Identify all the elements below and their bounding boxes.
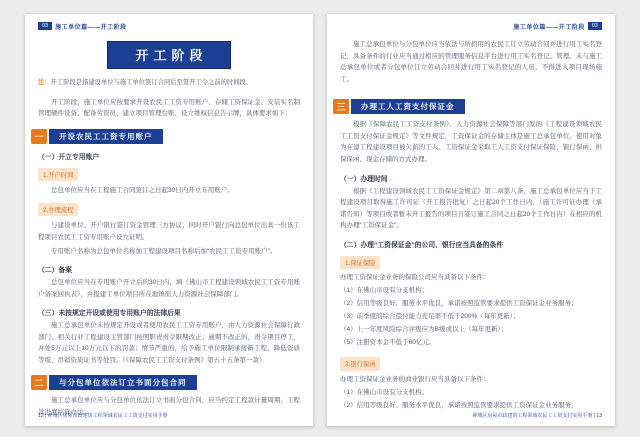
sub-heading-open-account: （一）开立专用账户 — [38, 151, 300, 161]
sub-heading-filing: （二）备案 — [38, 264, 300, 274]
right-page-footer: 禅城区房屋市政建筑工程领域农民工工资支付实用手册 | 13 — [340, 412, 602, 419]
section-3-number-badge: 三 — [333, 99, 349, 114]
left-intro-paragraph: 开工阶段，施工单位应按要求开设农民工工资专用账户、存储工资保证金、安装实名制管理… — [38, 97, 300, 120]
page-left: 03 施工单位篇——开工阶段 开工阶段 注：开工阶段是指建设单位与施工单位签订合… — [25, 14, 313, 426]
right-intro-paragraph: 施工总承包单位与分包单位应当依法与所招用的农民工订立劳动合同并进行用工实名登记，… — [340, 39, 602, 85]
section-2-bar: 二 与分包单位依法订立书面分包合同 — [31, 375, 300, 390]
insurance-condition-4: （4）上一年度风险综合评级应为B级或以上（每年更新）； — [340, 323, 602, 336]
left-page-footer: 12 | 禅城区房屋市政建筑工程领域农民工工资支付实用手册 — [38, 412, 300, 419]
section-1-bar: 一 开设农民工工资专用账户 — [31, 129, 300, 144]
left-running-header: 03 施工单位篇——开工阶段 — [38, 21, 300, 31]
tag-handling-process: 2.办理流程 — [38, 203, 78, 217]
filing-text: 总包单位应当在专用账户开立后的30日内，填《佛山市工程建设领域农民工工资专用账户… — [38, 277, 300, 300]
right-running-header: 施工单位篇——开工阶段 03 — [340, 21, 602, 31]
tag-guarantee-insurance: 1.保证保险 — [340, 256, 380, 270]
document-spread: 03 施工单位篇——开工阶段 开工阶段 注：开工阶段是指建设单位与施工单位签订合… — [0, 0, 640, 437]
section-1-title: 开设农民工工资专用账户 — [49, 129, 163, 144]
left-running-title: 施工单位篇——开工阶段 — [55, 22, 127, 31]
chapter-banner: 开工阶段 — [107, 41, 230, 69]
handling-time-text: 根据《工程建设领域农民工工资保证金规定》第二章第八条，施工总承包单位应当于工程建… — [340, 186, 602, 232]
note-line: 注：开工阶段是指建设单位与施工单位签订合同后至签开工令之前的时间段。 — [38, 78, 300, 89]
tag-account-opening-time: 1.开户时间 — [38, 168, 78, 182]
bank-conditions-intro: 办理工资保证金业务的商业银行应当具备以下条件： — [340, 373, 602, 386]
section-2-title: 与分包单位依法订立书面分包合同 — [49, 375, 197, 390]
account-naming-text: 专用账户名称为总包单位名称加工程建设项目名称后加“农民工工资专用账户”。 — [38, 246, 300, 258]
deposit-intro-text: 根据《保障农民工工资支付条例》、人力资源社会保障等部门发的《工程建设领域农民工工… — [340, 119, 602, 165]
legal-consequences-text: 施工总承包单位未按规定开设或者使用农民工工资专用账户，由人力资源社会保障行政部门… — [38, 320, 300, 366]
right-running-title: 施工单位篇——开工阶段 — [513, 22, 585, 31]
left-chapter-number: 03 — [38, 22, 52, 31]
sub-heading-handling-time: （一）办理时间 — [340, 173, 602, 183]
tag-bank-guarantee: 2.银行保函 — [340, 357, 380, 371]
account-opening-time-text: 总包单位应当在工程施工合同签订之日起30日内开立专用账户。 — [38, 185, 300, 197]
insurance-condition-5: （5）注册资本金不低于60亿元。 — [340, 336, 602, 349]
insurance-condition-2: （2）信用等级良好，服务水平优良，承诺按照监管要求提供工资保证金业务服务； — [340, 297, 602, 310]
handling-process-text: 与建设单位、开户银行签订资金管理三方协议；同时开户银行向总包单位出具一份该工程项… — [38, 220, 300, 243]
sub-heading-qualified-institutions: （二）办理“工资保证金”的公司、银行应当具备的条件 — [340, 239, 602, 249]
right-chapter-number: 03 — [588, 22, 602, 31]
bank-condition-1: （1）在佛山市设有分支机构； — [340, 386, 602, 399]
insurance-condition-3: （3）前季度的综合偿付能力充足率不低于200%（每年更新）； — [340, 310, 602, 323]
page-right: 施工单位篇——开工阶段 03 施工总承包单位与分包单位应当依法与所招用的农民工订… — [327, 14, 615, 426]
section-1-number-badge: 一 — [31, 129, 47, 144]
insurance-conditions-intro: 办理工资保证金业务的保险公司应当具备以下条件： — [340, 271, 602, 284]
note-text: ：开工阶段是指建设单位与施工单位签订合同后至签开工令之前的时间段。 — [44, 79, 252, 86]
sub-heading-legal-consequences: （三）未按规定开设或使用专用账户的法律后果 — [38, 307, 300, 317]
bank-condition-2: （2）信用等级良好、服务水平优良，承诺按照监管要求提供工资保证金业务服务。 — [340, 399, 602, 412]
section-2-number-badge: 二 — [31, 375, 47, 390]
section-3-title: 办理工人工资支付保证金 — [351, 99, 465, 114]
section-3-bar: 三 办理工人工资支付保证金 — [333, 99, 602, 114]
insurance-condition-1: （1）在佛山市设有分支机构； — [340, 284, 602, 297]
